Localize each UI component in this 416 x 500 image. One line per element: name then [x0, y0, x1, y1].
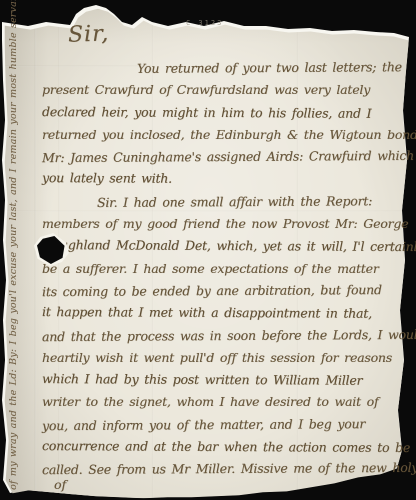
letter-line: Sir. I had one small affair with the Rep…: [97, 190, 408, 214]
letter-line: returned you inclosed, the Edinburgh & t…: [42, 124, 408, 146]
catalog-number-pencil: C 3123: [186, 19, 246, 27]
letter-line: heartily wish it went pull'd off this se…: [42, 347, 408, 369]
letter-body-text: You returned of your two last letters; t…: [42, 57, 408, 481]
letter-line: writer to the signet, whom I have desire…: [42, 391, 408, 413]
letter-salutation: Sir,: [68, 21, 110, 47]
letter-line: declared heir, you might in him to his f…: [42, 101, 408, 125]
letter-line: which I had by this post written to Will…: [42, 368, 408, 392]
marginal-note-vertical: of my wray and the Ld: By: I beg you'l e…: [8, 38, 19, 490]
photo-background: C 3123 Sir, You returned of your two las…: [0, 0, 416, 500]
letter-line: present Crawfurd of Crawfurdsland was ve…: [42, 79, 408, 101]
letter-line: you lately sent with.: [42, 168, 408, 192]
letter-line: Mr: James Cuninghame's assigned Airds: C…: [42, 145, 408, 170]
letter-line: concurrence and at the bar when the acti…: [42, 435, 408, 459]
letter-line: You returned of your two last letters; t…: [137, 56, 408, 80]
letter-line: Houghland McDonald Det, which, yet as it…: [42, 234, 408, 258]
letter-line: members of my good friend the now Provos…: [42, 213, 408, 235]
catchword: of: [54, 477, 66, 492]
letter-line: called. See from us Mr Miller. Missive m…: [42, 457, 408, 482]
letter-line: you, and inform you of the matter, and I…: [42, 413, 408, 438]
letter-line: be a sufferer. I had some expectations o…: [42, 258, 408, 280]
letter-line: it happen that I met with a disappointme…: [42, 301, 408, 325]
letter-line: its coming to be ended by ane arbitratio…: [42, 279, 408, 304]
letter-line: and that the process was in soon before …: [42, 323, 408, 348]
